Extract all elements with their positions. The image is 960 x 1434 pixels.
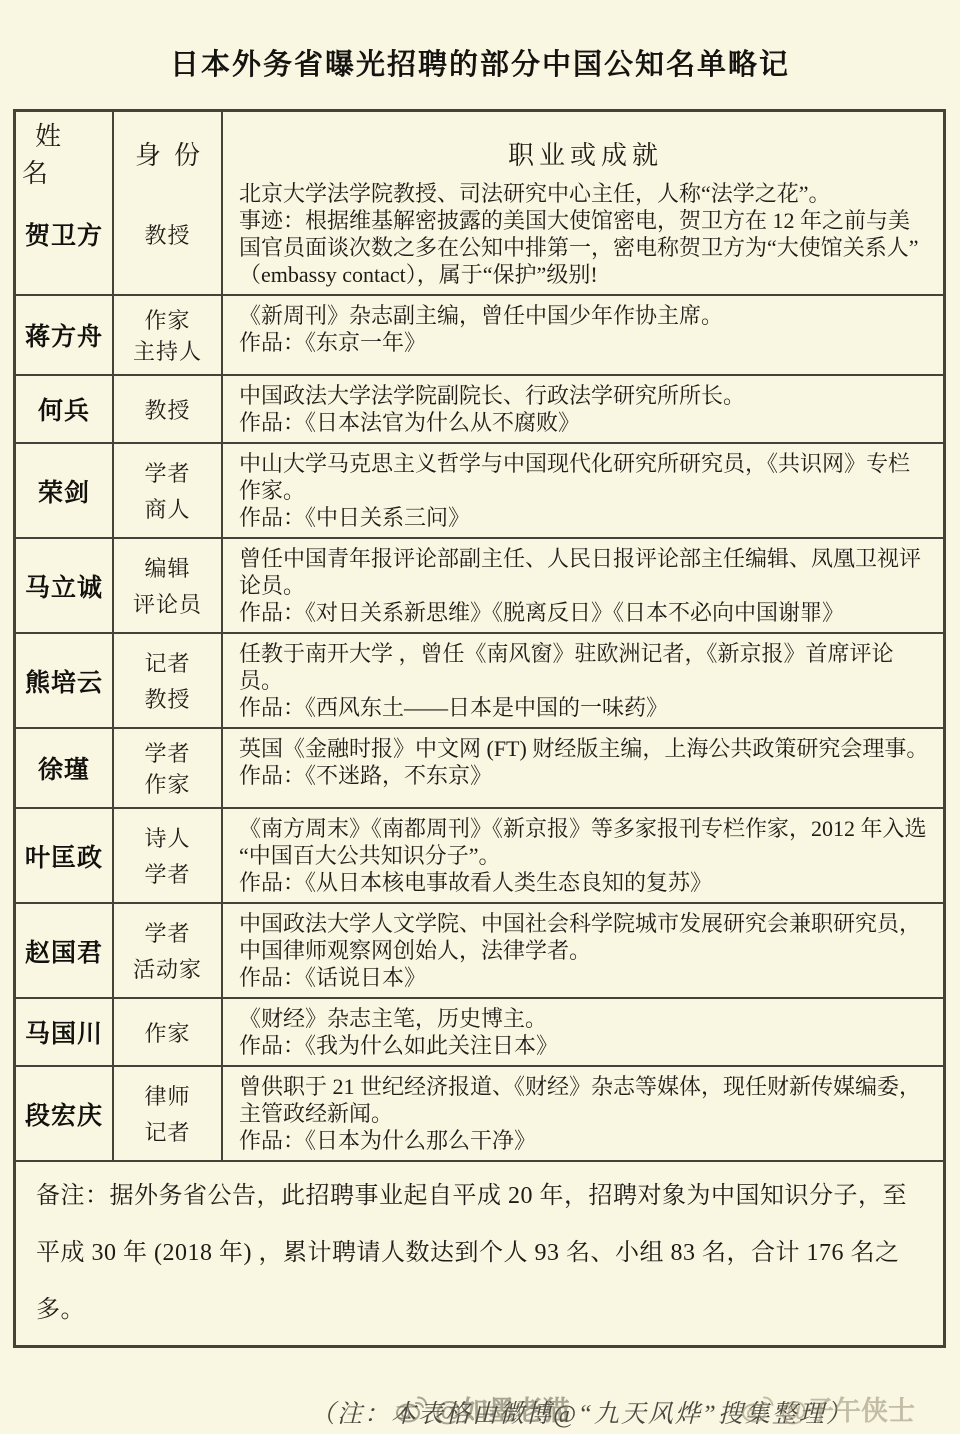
name-cell: 马国川 bbox=[16, 999, 114, 1065]
identity-line: 评论员 bbox=[133, 588, 202, 619]
description-paragraph: 作品：《中日关系三问》 bbox=[239, 504, 929, 531]
table-header-row: 姓名 身份 职业或成就 bbox=[16, 112, 943, 174]
description-paragraph: 中山大学马克思主义哲学与中国现代化研究所研究员，《共识网》专栏作家。 bbox=[239, 450, 929, 504]
description-paragraph: 中国政法大学法学院副院长、行政法学研究所所长。 bbox=[239, 382, 929, 409]
description-paragraph: 英国《金融时报》中文网 (FT) 财经版主编，上海公共政策研究会理事。 bbox=[239, 735, 929, 762]
identity-line: 教授 bbox=[144, 219, 190, 250]
identity-line: 记者 bbox=[144, 647, 190, 678]
name-cell: 赵国君 bbox=[16, 904, 114, 997]
description-cell: 曾供职于 21 世纪经济报道、《财经》杂志等媒体，现任财新传媒编委，主管政经新闻… bbox=[223, 1067, 943, 1160]
identity-line: 主持人 bbox=[133, 335, 202, 366]
table-remark-row: 备注：据外务省公告，此招聘事业起自平成 20 年，招聘对象为中国知识分子，至平成… bbox=[16, 1160, 943, 1345]
description-paragraph: 作品：《东京一年》 bbox=[239, 329, 929, 356]
identity-cell: 记者教授 bbox=[114, 634, 223, 727]
description-paragraph: 《南方周末》《南都周刊》《新京报》等多家报刊专栏作家，2012 年入选“中国百大… bbox=[239, 815, 929, 869]
identity-line: 教授 bbox=[144, 683, 190, 714]
table-row: 赵国君 学者活动家 中国政法大学人文学院、中国社会科学院城市发展研究会兼职研究员… bbox=[16, 902, 943, 997]
table-row: 段宏庆 律师记者 曾供职于 21 世纪经济报道、《财经》杂志等媒体，现任财新传媒… bbox=[16, 1065, 943, 1160]
table-row: 马国川 作家 《财经》杂志主笔，历史博主。作品：《我为什么如此关注日本》 bbox=[16, 997, 943, 1065]
identity-line: 记者 bbox=[144, 1116, 190, 1147]
description-paragraph: 事迹：根据维基解密披露的美国大使馆密电，贺卫方在 12 年之前与美国官员面谈次数… bbox=[239, 207, 929, 288]
description-paragraph: 作品：《对日关系新思维》《脱离反日》《日本不必向中国谢罪》 bbox=[239, 599, 929, 626]
identity-cell: 教授 bbox=[114, 376, 223, 442]
description-paragraph: 曾供职于 21 世纪经济报道、《财经》杂志等媒体，现任财新传媒编委，主管政经新闻… bbox=[239, 1073, 929, 1127]
table-body: 贺卫方 教授 北京大学法学院教授、司法研究中心主任，人称“法学之花”。事迹：根据… bbox=[16, 174, 943, 1160]
watermark-left: @如墨老猫 bbox=[395, 1389, 569, 1428]
description-paragraph: 任教于南开大学 ，曾任《南风窗》驻欧洲记者，《新京报》首席评论员。 bbox=[239, 640, 929, 694]
identity-line: 诗人 bbox=[144, 822, 190, 853]
description-paragraph: 《财经》杂志主笔，历史博主。 bbox=[239, 1005, 929, 1032]
description-paragraph: 北京大学法学院教授、司法研究中心主任，人称“法学之花”。 bbox=[239, 180, 929, 207]
identity-cell: 学者商人 bbox=[114, 444, 223, 537]
identity-cell: 学者作家 bbox=[114, 729, 223, 807]
identity-cell: 作家 bbox=[114, 999, 223, 1065]
description-paragraph: 作品：《不迷路，不东京》 bbox=[239, 762, 929, 789]
identity-cell: 作家主持人 bbox=[114, 296, 223, 374]
identity-line: 学者 bbox=[144, 737, 190, 768]
name-cell: 叶匡政 bbox=[16, 809, 114, 902]
identity-cell: 律师记者 bbox=[114, 1067, 223, 1160]
table-row: 何兵 教授 中国政法大学法学院副院长、行政法学研究所所长。作品：《日本法官为什么… bbox=[16, 374, 943, 442]
description-cell: 中山大学马克思主义哲学与中国现代化研究所研究员，《共识网》专栏作家。作品：《中日… bbox=[223, 444, 943, 537]
table-row: 蒋方舟 作家主持人 《新周刊》杂志副主编，曾任中国少年作协主席。作品：《东京一年… bbox=[16, 294, 943, 374]
identity-line: 作家 bbox=[144, 1017, 190, 1048]
watermark-right: @子午侠士 bbox=[741, 1389, 915, 1428]
table-row: 荣剑 学者商人 中山大学马克思主义哲学与中国现代化研究所研究员，《共识网》专栏作… bbox=[16, 442, 943, 537]
description-cell: 曾任中国青年报评论部副主任、人民日报评论部主任编辑、凤凰卫视评论员。作品：《对日… bbox=[223, 539, 943, 632]
description-paragraph: 曾任中国青年报评论部副主任、人民日报评论部主任编辑、凤凰卫视评论员。 bbox=[239, 545, 929, 599]
description-cell: 《财经》杂志主笔，历史博主。作品：《我为什么如此关注日本》 bbox=[223, 999, 943, 1065]
table-row: 贺卫方 教授 北京大学法学院教授、司法研究中心主任，人称“法学之花”。事迹：根据… bbox=[16, 174, 943, 294]
description-cell: 英国《金融时报》中文网 (FT) 财经版主编，上海公共政策研究会理事。作品：《不… bbox=[223, 729, 943, 807]
name-cell: 段宏庆 bbox=[16, 1067, 114, 1160]
remark-text: 备注：据外务省公告，此招聘事业起自平成 20 年，招聘对象为中国知识分子，至平成… bbox=[36, 1168, 923, 1339]
document-page: 日本外务省曝光招聘的部分中国公知名单略记 姓名 身份 职业或成就 贺卫方 教授 … bbox=[0, 0, 960, 1434]
watermark-bar: @如墨老猫 @子午侠士 bbox=[0, 1389, 960, 1428]
name-cell: 荣剑 bbox=[16, 444, 114, 537]
identity-line: 学者 bbox=[144, 917, 190, 948]
identity-line: 作家 bbox=[144, 304, 190, 335]
description-cell: 中国政法大学人文学院、中国社会科学院城市发展研究会兼职研究员，中国律师观察网创始… bbox=[223, 904, 943, 997]
watermark-right-label: @子午侠士 bbox=[781, 1389, 915, 1428]
identity-cell: 编辑评论员 bbox=[114, 539, 223, 632]
table-row: 熊培云 记者教授 任教于南开大学 ，曾任《南风窗》驻欧洲记者，《新京报》首席评论… bbox=[16, 632, 943, 727]
description-paragraph: 《新周刊》杂志副主编，曾任中国少年作协主席。 bbox=[239, 302, 929, 329]
name-cell: 徐瑾 bbox=[16, 729, 114, 807]
name-cell: 马立诚 bbox=[16, 539, 114, 632]
description-paragraph: 中国政法大学人文学院、中国社会科学院城市发展研究会兼职研究员，中国律师观察网创始… bbox=[239, 910, 929, 964]
identity-line: 学者 bbox=[144, 858, 190, 889]
description-paragraph: 作品：《从日本核电事故看人类生态良知的复苏》 bbox=[239, 869, 929, 896]
identity-line: 作家 bbox=[144, 768, 190, 799]
name-cell: 蒋方舟 bbox=[16, 296, 114, 374]
table-row: 叶匡政 诗人学者 《南方周末》《南都周刊》《新京报》等多家报刊专栏作家，2012… bbox=[16, 807, 943, 902]
description-cell: 《新周刊》杂志副主编，曾任中国少年作协主席。作品：《东京一年》 bbox=[223, 296, 943, 374]
watermark-left-label: @如墨老猫 bbox=[435, 1389, 569, 1428]
description-cell: 《南方周末》《南都周刊》《新京报》等多家报刊专栏作家，2012 年入选“中国百大… bbox=[223, 809, 943, 902]
description-cell: 任教于南开大学 ，曾任《南风窗》驻欧洲记者，《新京报》首席评论员。作品：《西风东… bbox=[223, 634, 943, 727]
identity-line: 学者 bbox=[144, 457, 190, 488]
name-cell: 何兵 bbox=[16, 376, 114, 442]
table-row: 徐瑾 学者作家 英国《金融时报》中文网 (FT) 财经版主编，上海公共政策研究会… bbox=[16, 727, 943, 807]
description-cell: 北京大学法学院教授、司法研究中心主任，人称“法学之花”。事迹：根据维基解密披露的… bbox=[223, 174, 943, 294]
identity-line: 律师 bbox=[144, 1080, 190, 1111]
table-row: 马立诚 编辑评论员 曾任中国青年报评论部副主任、人民日报评论部主任编辑、凤凰卫视… bbox=[16, 537, 943, 632]
identity-line: 教授 bbox=[144, 394, 190, 425]
identity-cell: 教授 bbox=[114, 174, 223, 294]
public-intellectuals-table: 姓名 身份 职业或成就 贺卫方 教授 北京大学法学院教授、司法研究中心主任，人称… bbox=[13, 109, 946, 1348]
description-cell: 中国政法大学法学院副院长、行政法学研究所所长。作品：《日本法官为什么从不腐败》 bbox=[223, 376, 943, 442]
page-title: 日本外务省曝光招聘的部分中国公知名单略记 bbox=[0, 0, 960, 83]
name-cell: 熊培云 bbox=[16, 634, 114, 727]
description-paragraph: 作品：《话说日本》 bbox=[239, 964, 929, 991]
weibo-icon bbox=[395, 1394, 429, 1424]
description-paragraph: 作品：《日本法官为什么从不腐败》 bbox=[239, 409, 929, 436]
description-paragraph: 作品：《日本为什么那么干净》 bbox=[239, 1127, 929, 1154]
weibo-icon bbox=[741, 1394, 775, 1424]
identity-line: 商人 bbox=[144, 493, 190, 524]
description-paragraph: 作品：《西风东土——日本是中国的一味药》 bbox=[239, 694, 929, 721]
identity-cell: 诗人学者 bbox=[114, 809, 223, 902]
identity-cell: 学者活动家 bbox=[114, 904, 223, 997]
description-paragraph: 作品：《我为什么如此关注日本》 bbox=[239, 1032, 929, 1059]
identity-line: 编辑 bbox=[144, 552, 190, 583]
name-cell: 贺卫方 bbox=[16, 174, 114, 294]
identity-line: 活动家 bbox=[133, 953, 202, 984]
